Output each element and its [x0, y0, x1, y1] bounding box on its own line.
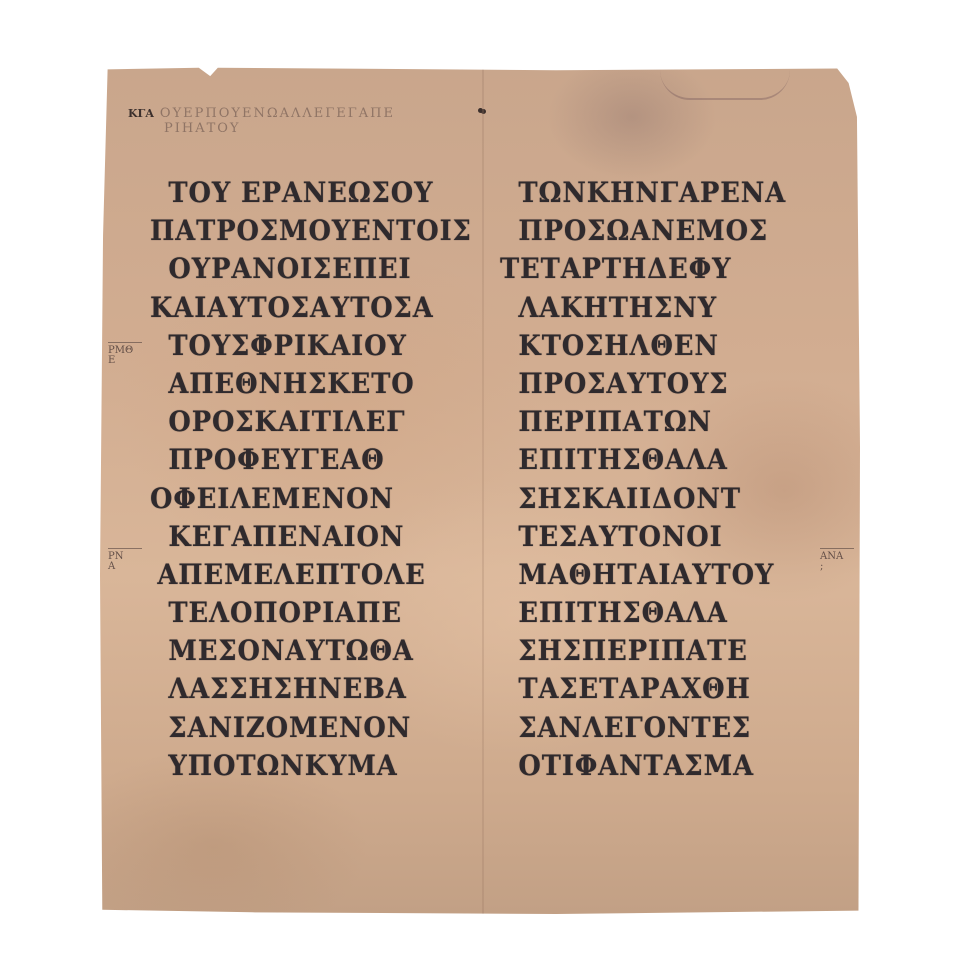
text-line: ΤΕΛΟΠΟΡΙΑΠΕ: [150, 594, 472, 632]
text-line: ΤΩΝΚΗΝΓΑΡΕΝΑ: [500, 174, 786, 212]
text-line: ΑΠΕΘΝΗΣΚΕΤΟ: [150, 365, 472, 403]
text-line: ΟΡΟΣΚΑΙΤΙΛΕΓ: [150, 403, 472, 441]
parchment-leaf: ΚΓΑΟΥΕΡΠΟΥΕΝΩΑΛΛΕΓΕΓΑΠΕ ΡΙΗΑΤΟΥ ΡΜΘ Ε ΡΝ…: [100, 66, 860, 914]
text-column-left: ΤΟΥ ΕΡΑΝΕΩΣΟΥ ΠΑΤΡΟΣΜΟΥΕΝΤΟΙΣ ΟΥΡΑΝΟΙΣΕΠ…: [150, 174, 500, 785]
header-line-2: ΡΙΗΑΤΟΥ: [128, 121, 468, 136]
margin-note-1: ΡΜΘ Ε: [108, 346, 133, 366]
photo-stage: ΚΓΑΟΥΕΡΠΟΥΕΝΩΑΛΛΕΓΕΓΑΠΕ ΡΙΗΑΤΟΥ ΡΜΘ Ε ΡΝ…: [0, 0, 960, 960]
text-line: ΠΡΟΣΩΑΝΕΜΟΣ: [500, 212, 786, 250]
text-line: ΟΦΕΙΛΕΜΕΝΟΝ: [150, 480, 472, 518]
margin-note-2: ΡΝ Α: [108, 552, 123, 572]
text-line: ΣΗΣΠΕΡΙΠΑΤΕ: [500, 632, 786, 670]
text-line: ΠΕΡΙΠΑΤΩΝ: [500, 403, 786, 441]
quire-mark: ΚΓΑ: [128, 107, 154, 120]
text-line: ΟΤΙΦΑΝΤΑΣΜΑ: [500, 747, 786, 785]
text-line: ΕΠΙΤΗΣΘΑΛΑ: [500, 594, 786, 632]
text-line: ΤΟΥΣΦΡΙΚΑΙΟΥ: [150, 327, 472, 365]
header-line-1: ΟΥΕΡΠΟΥΕΝΩΑΛΛΕΓΕΓΑΠΕ: [160, 106, 395, 121]
text-line: ΤΕΣΑΥΤΟΝΟΙ: [500, 518, 786, 556]
text-line: ΣΗΣΚΑΙΙΔΟΝΤ: [500, 480, 786, 518]
text-line: ΟΥΡΑΝΟΙΣΕΠΕΙ: [150, 250, 472, 288]
punctuation-dots: [478, 108, 483, 113]
stain-mark: [660, 70, 790, 100]
margin-note-3: ΑΝΑ ;: [820, 552, 843, 572]
text-line: ΜΕΣΟΝΑΥΤΩΘΑ: [150, 632, 472, 670]
text-line: ΤΑΣΕΤΑΡΑΧΘΗ: [500, 670, 786, 708]
text-line: ΥΠΟΤΩΝΚΥΜΑ: [150, 747, 472, 785]
text-line: ΛΑΚΗΤΗΣΝΥ: [500, 289, 786, 327]
text-line: ΚΤΟΣΗΛΘΕΝ: [500, 327, 786, 365]
text-line: ΕΠΙΤΗΣΘΑΛΑ: [500, 441, 786, 479]
text-line: ΠΡΟΣΑΥΤΟΥΣ: [500, 365, 786, 403]
header-running-title: ΚΓΑΟΥΕΡΠΟΥΕΝΩΑΛΛΕΓΕΓΑΠΕ ΡΙΗΑΤΟΥ: [128, 106, 468, 136]
text-line: ΤΕΤΑΡΤΗΔΕΦΥ: [500, 250, 786, 288]
text-line: ΠΑΤΡΟΣΜΟΥΕΝΤΟΙΣ: [150, 212, 472, 250]
text-line: ΚΕΓΑΠΕΝΑΙΟΝ: [150, 518, 472, 556]
text-line: ΚΑΙΑΥΤΟΣΑΥΤΟΣΑ: [150, 289, 472, 327]
text-line: ΤΟΥ ΕΡΑΝΕΩΣΟΥ: [150, 174, 472, 212]
text-line: ΣΑΝΛΕΓΟΝΤΕΣ: [500, 709, 786, 747]
text-column-right: ΤΩΝΚΗΝΓΑΡΕΝΑ ΠΡΟΣΩΑΝΕΜΟΣ ΤΕΤΑΡΤΗΔΕΦΥ ΛΑΚ…: [500, 174, 811, 785]
text-line: ΣΑΝΙΖΟΜΕΝΟΝ: [150, 709, 472, 747]
text-line: ΛΑΣΣΗΣΗΝΕΒΑ: [150, 670, 472, 708]
text-line: ΠΡΟΦΕΥΓΕΑΘ: [150, 441, 472, 479]
text-line: ΑΠΕΜΕΛΕΠΤΟΛΕ: [150, 556, 472, 594]
text-line: ΜΑΘΗΤΑΙΑΥΤΟΥ: [500, 556, 786, 594]
